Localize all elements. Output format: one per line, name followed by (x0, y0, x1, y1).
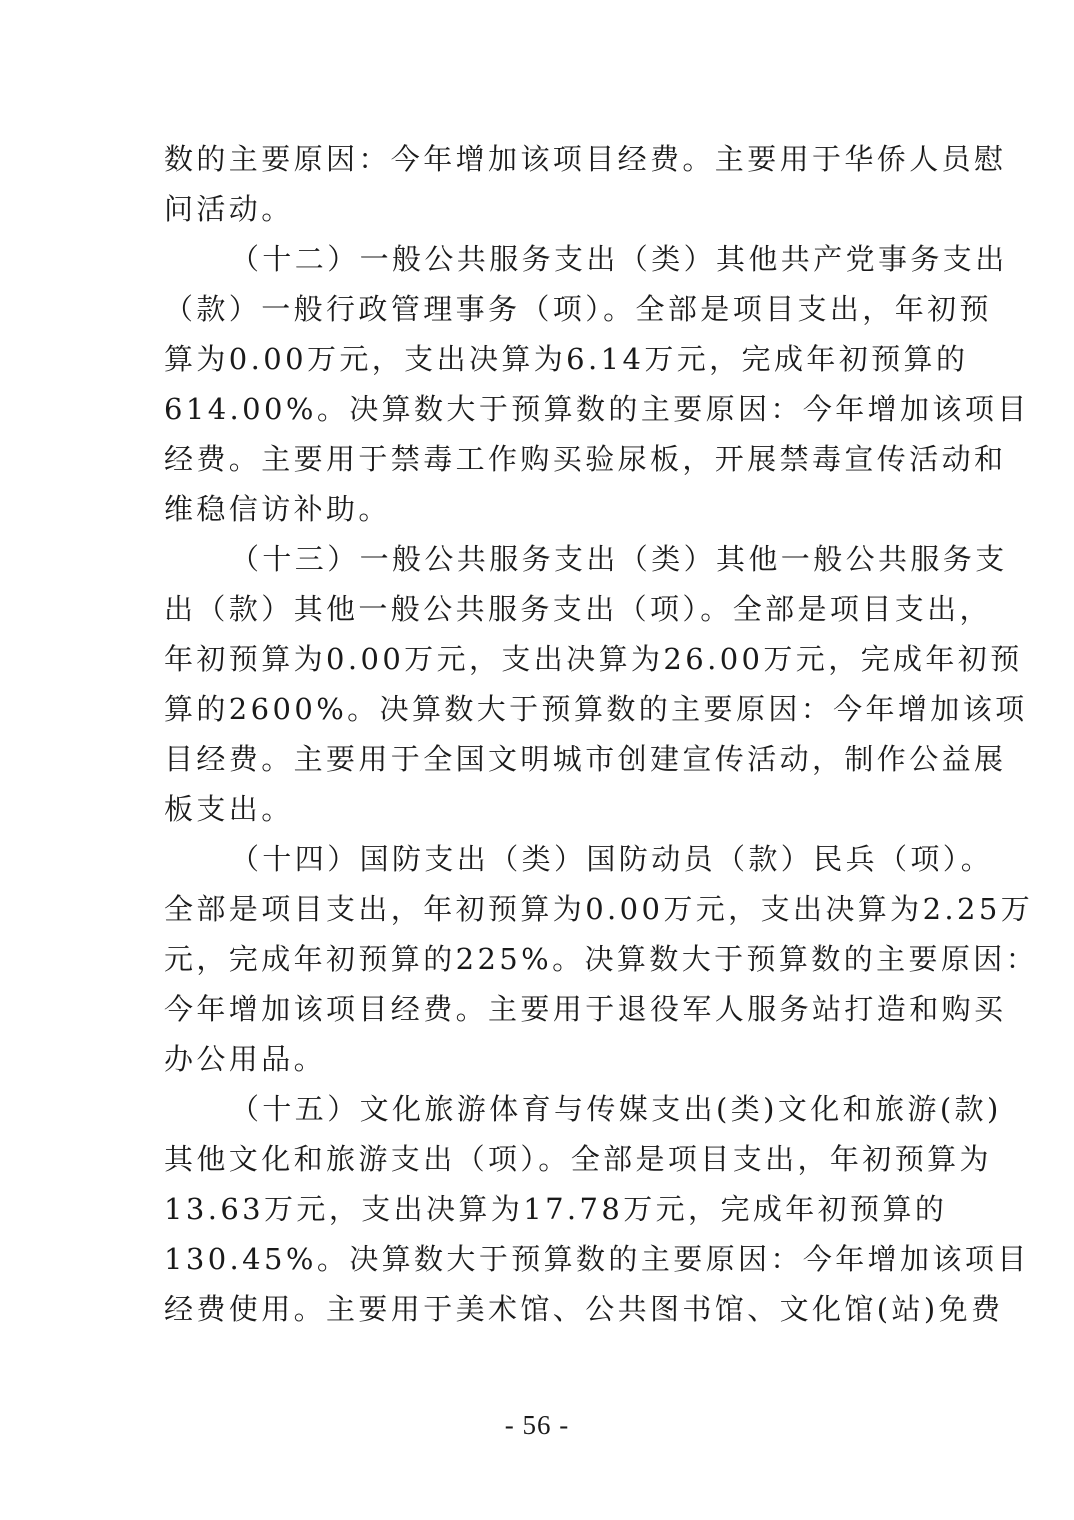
text-line: 算的2600%。决算数大于预算数的主要原因：今年增加该项 (164, 684, 924, 734)
text-line: 其他文化和旅游支出（项）。全部是项目支出，年初预算为 (164, 1134, 924, 1184)
text-line: 614.00%。决算数大于预算数的主要原因：今年增加该项目 (164, 384, 924, 434)
text-line: 算为0.00万元，支出决算为6.14万元，完成年初预算的 (164, 334, 924, 384)
text-line: 目经费。主要用于全国文明城市创建宣传活动，制作公益展 (164, 734, 924, 784)
text-line: 出（款）其他一般公共服务支出（项）。全部是项目支出， (164, 584, 924, 634)
text-line: 全部是项目支出，年初预算为0.00万元，支出决算为2.25万 (164, 884, 924, 934)
text-line: 13.63万元，支出决算为17.78万元，完成年初预算的 (164, 1184, 924, 1234)
text-line: （款）一般行政管理事务（项）。全部是项目支出，年初预 (164, 284, 924, 334)
document-page: 数的主要原因：今年增加该项目经费。主要用于华侨人员慰 问活动。 （十二）一般公共… (0, 0, 1074, 1520)
section-14-heading-line: （十四）国防支出（类）国防动员（款）民兵（项）。 (164, 834, 924, 884)
text-line: 今年增加该项目经费。主要用于退役军人服务站打造和购买 (164, 984, 924, 1034)
document-body: 数的主要原因：今年增加该项目经费。主要用于华侨人员慰 问活动。 （十二）一般公共… (164, 134, 924, 1334)
text-line: 元，完成年初预算的225%。决算数大于预算数的主要原因： (164, 934, 924, 984)
text-line: 问活动。 (164, 184, 924, 234)
text-line: 年初预算为0.00万元，支出决算为26.00万元，完成年初预 (164, 634, 924, 684)
text-line: 130.45%。决算数大于预算数的主要原因：今年增加该项目 (164, 1234, 924, 1284)
section-13-heading-line: （十三）一般公共服务支出（类）其他一般公共服务支 (164, 534, 924, 584)
page-number: - 56 - (0, 1410, 1074, 1441)
section-15-heading-line: （十五）文化旅游体育与传媒支出(类)文化和旅游(款) (164, 1084, 924, 1134)
text-line: 板支出。 (164, 784, 924, 834)
section-12-heading-line: （十二）一般公共服务支出（类）其他共产党事务支出 (164, 234, 924, 284)
text-line: 维稳信访补助。 (164, 484, 924, 534)
text-line: 经费。主要用于禁毒工作购买验尿板，开展禁毒宣传活动和 (164, 434, 924, 484)
text-line: 办公用品。 (164, 1034, 924, 1084)
text-line: 经费使用。主要用于美术馆、公共图书馆、文化馆(站)免费 (164, 1284, 924, 1334)
text-line: 数的主要原因：今年增加该项目经费。主要用于华侨人员慰 (164, 134, 924, 184)
